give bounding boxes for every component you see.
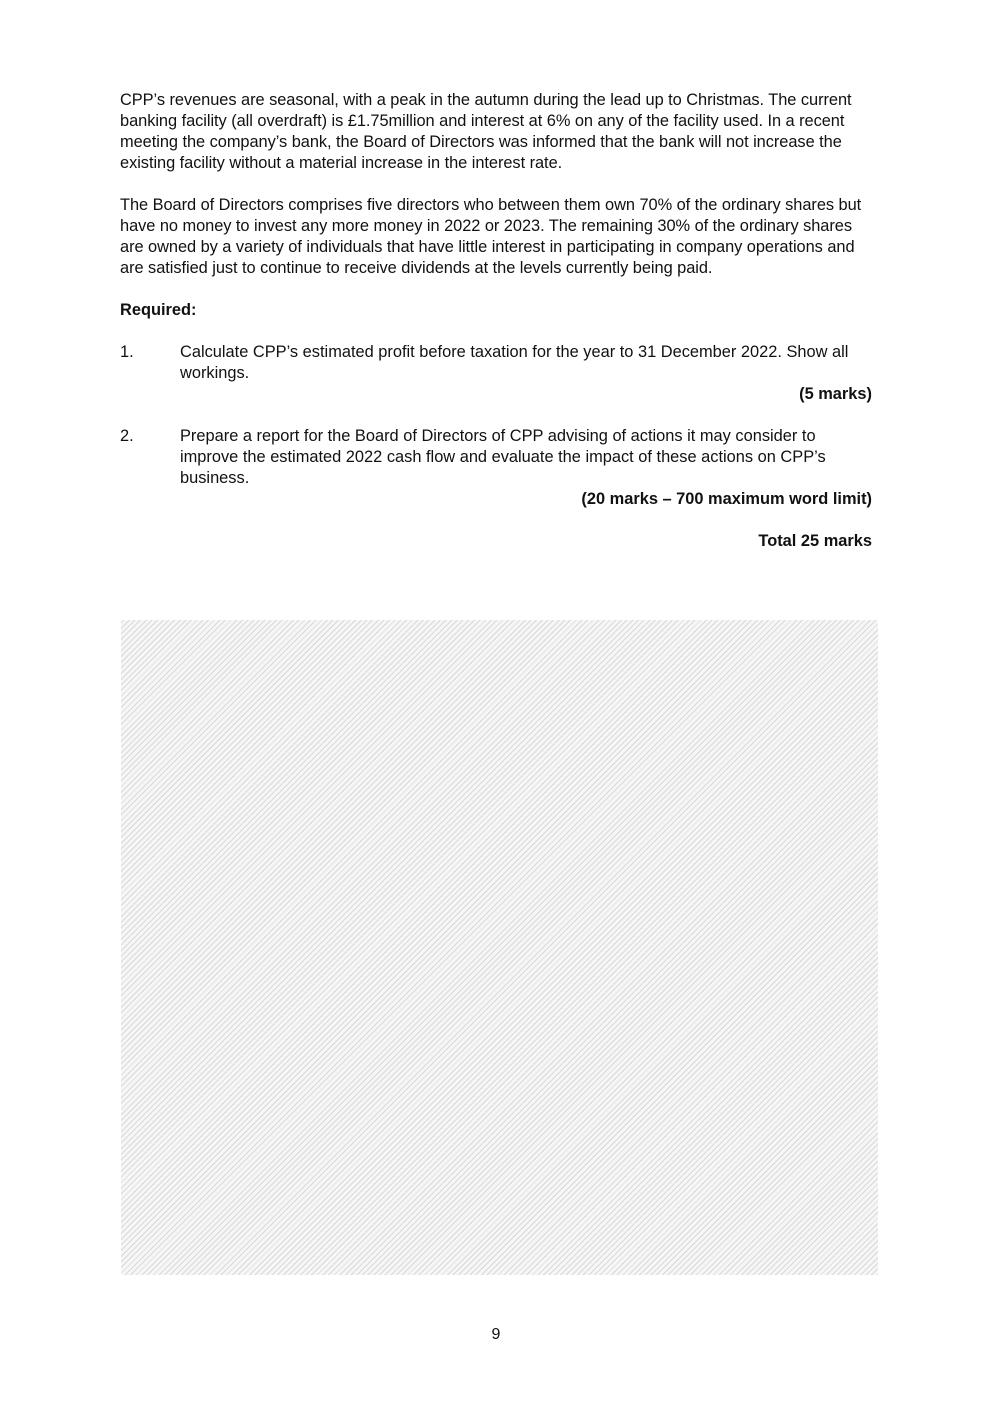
question-number: 1. [120, 342, 180, 384]
question-2: 2. Prepare a report for the Board of Dir… [120, 426, 872, 489]
question-number: 2. [120, 426, 180, 489]
document-page: CPP’s revenues are seasonal, with a peak… [120, 90, 872, 552]
paragraph-board-of-directors: The Board of Directors comprises five di… [120, 195, 872, 279]
paragraph-banking-facility: CPP’s revenues are seasonal, with a peak… [120, 90, 872, 174]
page-number: 9 [0, 1324, 992, 1345]
hatched-blank-area [121, 620, 878, 1275]
total-marks: Total 25 marks [120, 531, 872, 552]
question-text: Calculate CPP’s estimated profit before … [180, 342, 872, 384]
required-heading: Required: [120, 300, 872, 321]
question-1-marks: (5 marks) [120, 384, 872, 405]
question-1: 1. Calculate CPP’s estimated profit befo… [120, 342, 872, 384]
question-2-marks: (20 marks – 700 maximum word limit) [120, 489, 872, 510]
question-text: Prepare a report for the Board of Direct… [180, 426, 872, 489]
